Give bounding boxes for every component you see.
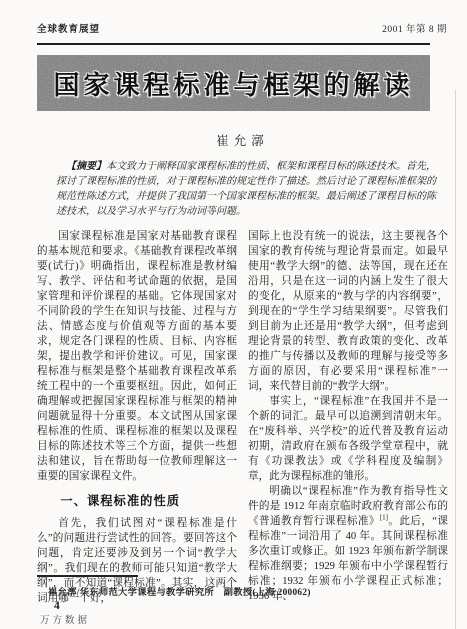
scan-edge-shadow [455,90,456,629]
journal-header: 全球教育展望 2001 年第 8 期 [37,21,447,35]
right-column: 国际上也没有统一的说法，这主要视各个国家的教育传统与理论背景而定。如最早使用“教… [248,229,448,606]
author-affiliation-footnote: 崔允漷/华东师范大学课程与教学研究所 副教授(上海 200062) [48,584,428,598]
paragraph-1: 国家课程标准是国家对基础教育课程的基本规范和要求。《基础教育课程改革纲要(试行)… [37,229,237,484]
footnote-divider [37,575,138,577]
paragraph-3: 国际上也没有统一的说法，这主要视各个国家的教育传统与理论背景而定。如最早使用“教… [248,229,448,394]
author-name: 崔允漷 [37,131,448,149]
abstract-body: 本文致力于阐释国家课程标准的性质、框架和课程目标的陈述技术。首先，探讨了课程标准… [56,161,436,217]
article-title-banner: 国家课程标准与框架的解读 [37,55,430,111]
scanned-journal-page: 全球教育展望 2001 年第 8 期 国家课程标准与框架的解读 崔允漷 【摘要】… [0,0,467,629]
page-number: 4 [54,600,60,612]
paragraph-4: 事实上，“课程标准”在我国并不是一个新的词汇。最早可以追溯到清朝末年。在“废科举… [248,394,448,484]
abstract-text: 【摘要】本文致力于阐释国家课程标准的性质、框架和课程目标的陈述技术。首先，探讨了… [56,160,436,220]
abstract-label: 【摘要】 [66,161,106,172]
citation-ref-1: [1] [380,513,388,521]
article-title: 国家课程标准与框架的解读 [37,55,430,111]
journal-issue: 2001 年第 8 期 [382,21,447,35]
wanfang-data-watermark: 万方数据 [40,612,90,626]
abstract-block: 【摘要】本文致力于阐释国家课程标准的性质、框架和课程目标的陈述技术。首先，探讨了… [56,160,436,220]
journal-name: 全球教育展望 [37,21,100,35]
body-columns: 国家课程标准是国家对基础教育课程的基本规范和要求。《基础教育课程改革纲要(试行)… [37,229,448,606]
header-divider [37,43,430,45]
left-column: 国家课程标准是国家对基础教育课程的基本规范和要求。《基础教育课程改革纲要(试行)… [37,229,237,606]
section-1-heading: 一、课程标准的性质 [37,494,237,509]
